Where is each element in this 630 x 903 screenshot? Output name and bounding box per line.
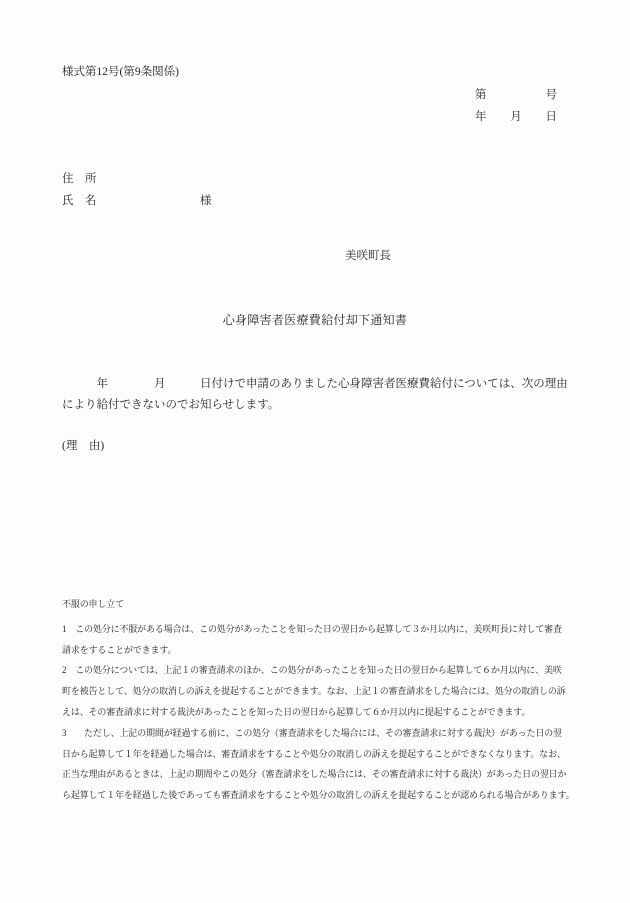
sender-title: 美咲町長 xyxy=(345,247,391,263)
reason-label: (理 由) xyxy=(62,437,104,453)
form-number: 様式第12号(第9条関係) xyxy=(62,63,179,79)
document-title: 心身障害者医療費給付却下通知書 xyxy=(0,311,630,328)
recipient-honorific: 様 xyxy=(200,192,212,208)
appeal-line: 日から起算して１年を経過した場合は、審査請求をすることや処分の取消しの訴えを提起… xyxy=(62,744,575,765)
appeal-line: 2 この処分については、上記１の審査請求のほか、この処分があったことを知った日の… xyxy=(62,660,575,681)
appeal-line: ら起算して１年を経過した後であっても審査請求をすることや処分の取消しの訴えを提起… xyxy=(62,785,575,806)
recipient-name-label: 氏 名 xyxy=(62,195,97,207)
appeal-heading: 不服の申し立て xyxy=(62,594,575,615)
body-line: 年 月 日付けで申請のありました心身障害者医療費給付については、次の理由 xyxy=(62,374,568,395)
recipient-name-line: 氏 名 様 xyxy=(62,192,97,208)
date-year-label: 年 xyxy=(475,108,487,124)
document-number-line: 第 号 xyxy=(475,86,557,102)
date-line: 年 月 日 xyxy=(475,108,557,124)
appeal-line: えは、その審査請求に対する裁決があったことを知った日の翌日から起算して６か月以内… xyxy=(62,702,575,723)
appeal-line: 正当な理由があるときは、上記の期間やこの処分（審査請求をした場合には、その審査請… xyxy=(62,764,575,785)
body-line: により給付できないのでお知らせします。 xyxy=(62,395,568,416)
body-paragraph: 年 月 日付けで申請のありました心身障害者医療費給付については、次の理由 により… xyxy=(62,374,568,416)
appeal-line: 3 ただし、上記の期間が経過する前に、この処分（審査請求をした場合には、その審査… xyxy=(62,723,575,744)
document-page: 様式第12号(第9条関係) 第 号 年 月 日 住 所 氏 名 様 美咲町長 心… xyxy=(0,0,630,903)
appeal-notice: 不服の申し立て 1 この処分に不服がある場合は、この処分があったことを知った日の… xyxy=(62,594,575,806)
document-number-prefix: 第 xyxy=(475,86,487,102)
date-day-label: 日 xyxy=(546,108,558,124)
appeal-line: 町を被告として、処分の取消しの訴えを提起することができます。なお、上記１の審査請… xyxy=(62,681,575,702)
document-number-suffix: 号 xyxy=(546,86,558,102)
appeal-line: 1 この処分に不服がある場合は、この処分があったことを知った日の翌日から起算して… xyxy=(62,619,575,640)
appeal-line: 請求をすることができます。 xyxy=(62,640,575,661)
date-month-label: 月 xyxy=(510,108,522,124)
recipient-address-label: 住 所 xyxy=(62,170,97,186)
